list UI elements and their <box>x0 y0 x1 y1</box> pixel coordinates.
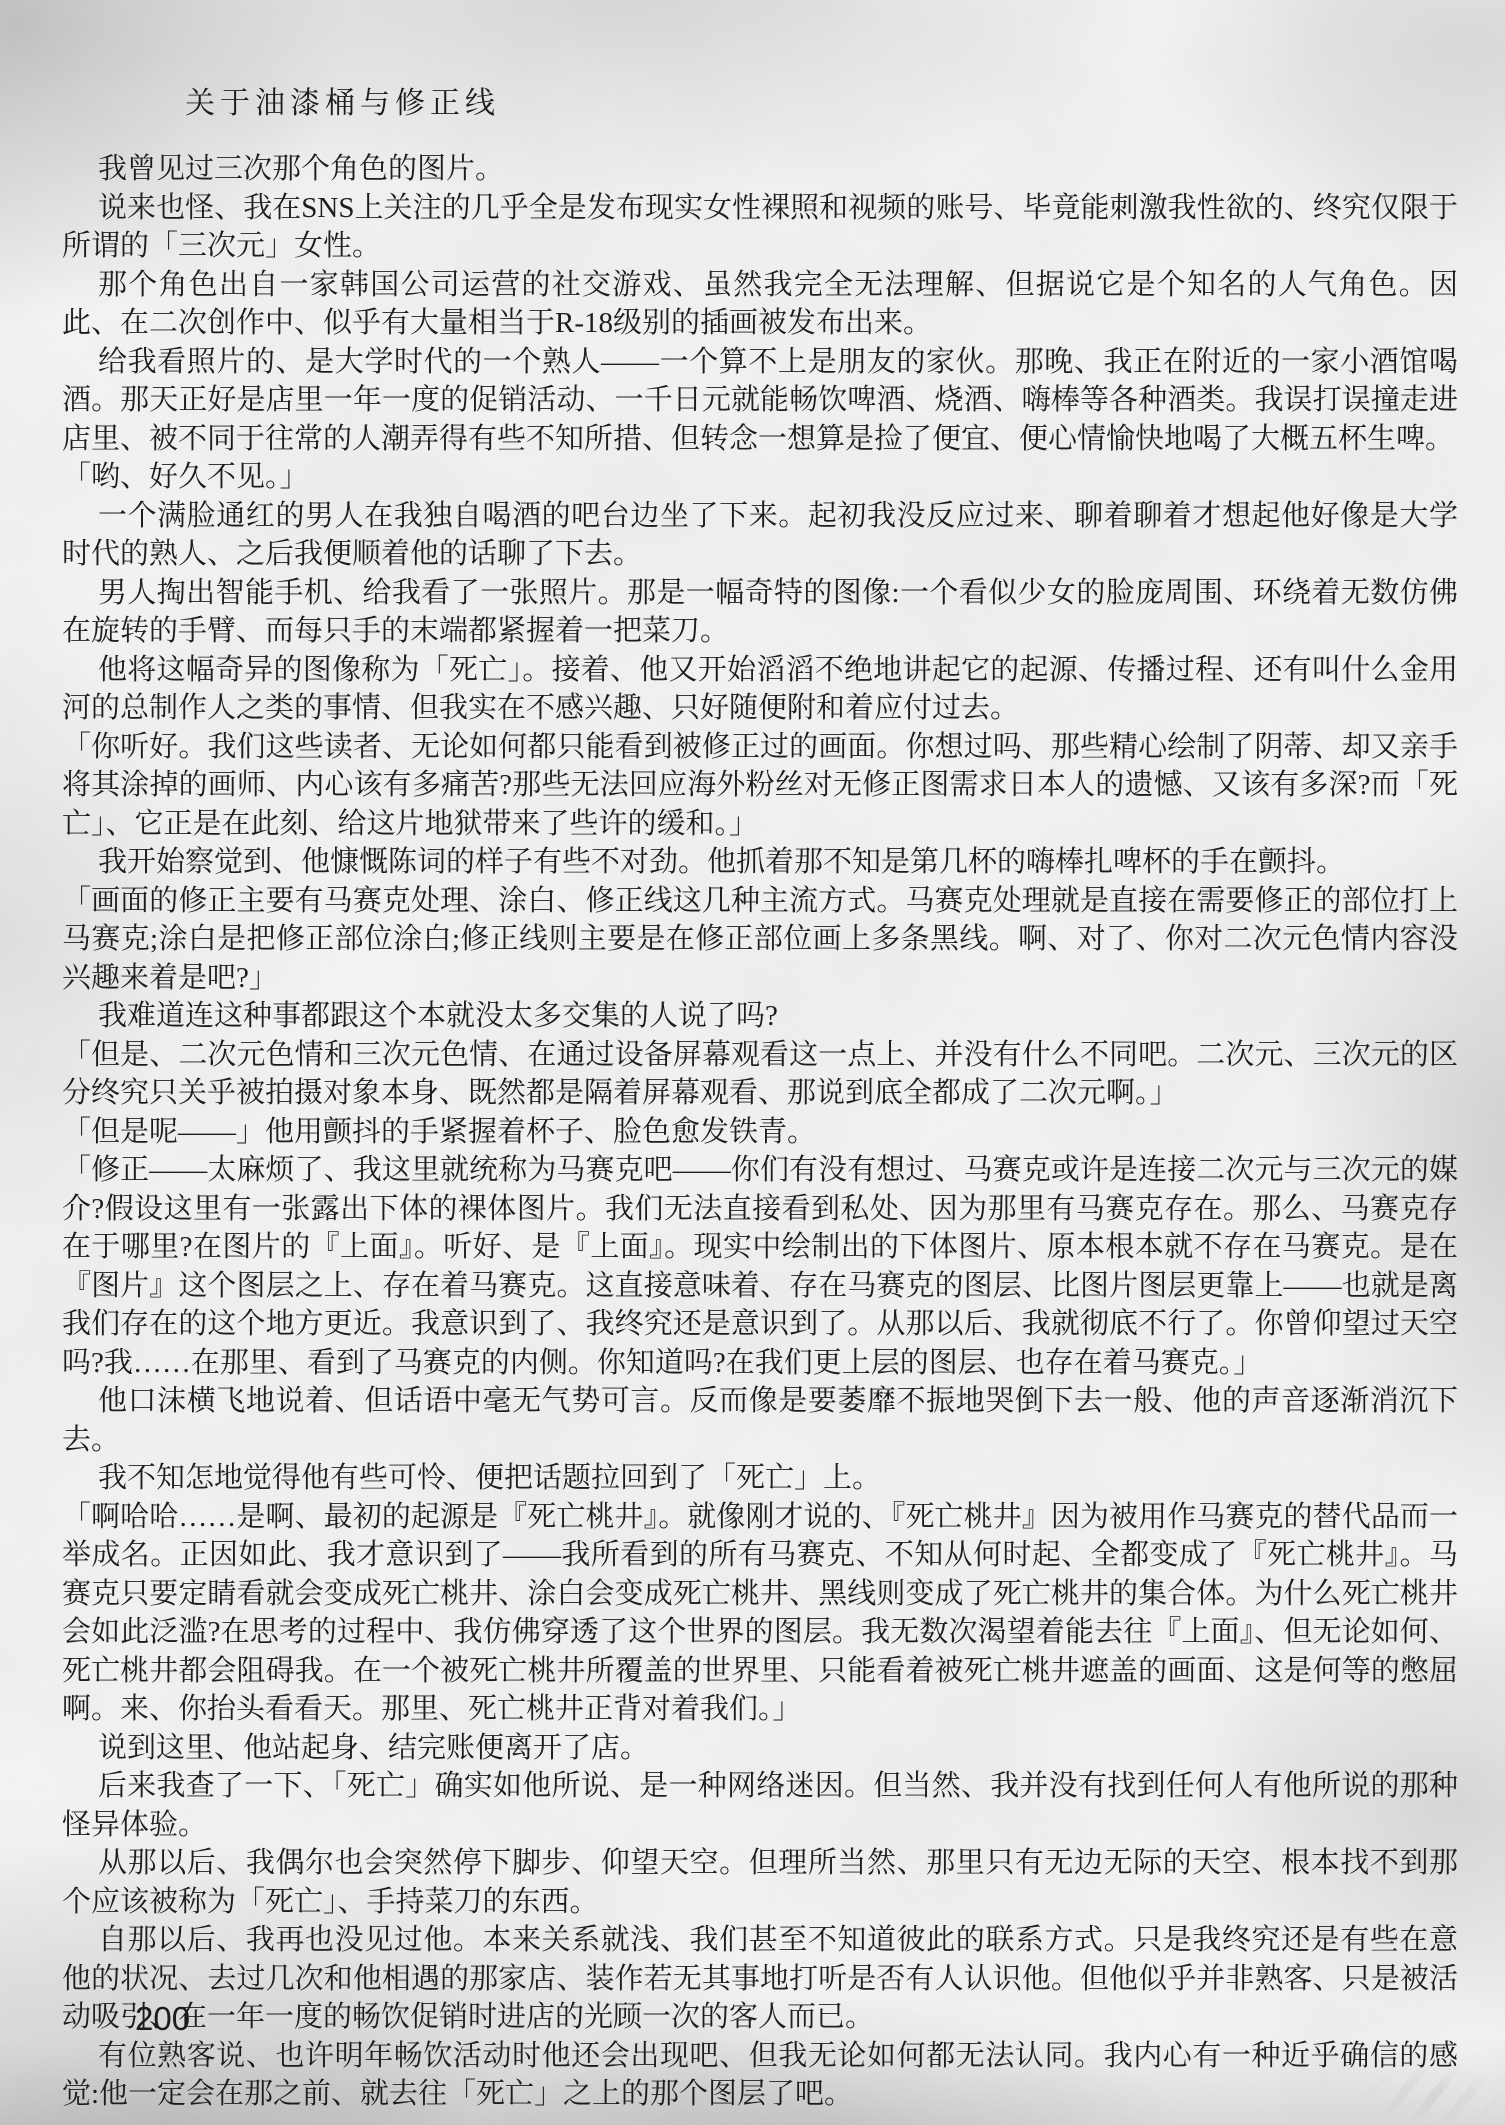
paragraph: 「修正——太麻烦了、我这里就统称为马赛克吧——你们有没有想过、马赛克或许是连接二… <box>62 1151 1458 1382</box>
paragraph: 他将这幅奇异的图像称为「死亡」。接着、他又开始滔滔不绝地讲起它的起源、传播过程、… <box>62 651 1458 728</box>
paragraph: 男人掏出智能手机、给我看了一张照片。那是一幅奇特的图像:一个看似少女的脸庞周围、… <box>62 574 1458 651</box>
paragraph: 「啊哈哈……是啊、最初的起源是『死亡桃井』。就像刚才说的、『死亡桃井』因为被用作… <box>62 1498 1458 1729</box>
paragraph: 「哟、好久不见。」 <box>62 458 1458 497</box>
paragraph: 说来也怪、我在SNS上关注的几乎全是发布现实女性裸照和视频的账号、毕竟能刺激我性… <box>62 189 1458 266</box>
paragraph: 我曾见过三次那个角色的图片。 <box>62 150 1458 189</box>
page-number: 200 <box>135 2000 190 2038</box>
paragraph: 一个满脸通红的男人在我独自喝酒的吧台边坐了下来。起初我没反应过来、聊着聊着才想起… <box>62 497 1458 574</box>
paragraph: 「但是呢——」他用颤抖的手紧握着杯子、脸色愈发铁青。 <box>62 1113 1458 1152</box>
paragraph: 从那以后、我偶尔也会突然停下脚步、仰望天空。但理所当然、那里只有无边无际的天空、… <box>62 1844 1458 1921</box>
paragraph: 我难道连这种事都跟这个本就没太多交集的人说了吗? <box>62 997 1458 1036</box>
paragraph: 「画面的修正主要有马赛克处理、涂白、修正线这几种主流方式。马赛克处理就是直接在需… <box>62 882 1458 998</box>
paragraph: 有位熟客说、也许明年畅饮活动时他还会出现吧、但我无论如何都无法认同。我内心有一种… <box>62 2037 1458 2114</box>
paragraph: 「你听好。我们这些读者、无论如何都只能看到被修正过的画面。你想过吗、那些精心绘制… <box>62 728 1458 844</box>
paragraph: 「但是、二次元色情和三次元色情、在通过设备屏幕观看这一点上、并没有什么不同吧。二… <box>62 1036 1458 1113</box>
paragraph: 后来我查了一下、「死亡」确实如他所说、是一种网络迷因。但当然、我并没有找到任何人… <box>62 1767 1458 1844</box>
paragraph: 说到这里、他站起身、结完账便离开了店。 <box>62 1729 1458 1768</box>
book-page: 关于油漆桶与修正线 我曾见过三次那个角色的图片。说来也怪、我在SNS上关注的几乎… <box>0 0 1505 2125</box>
paragraph-container: 我曾见过三次那个角色的图片。说来也怪、我在SNS上关注的几乎全是发布现实女性裸照… <box>62 150 1458 2114</box>
paragraph: 他口沫横飞地说着、但话语中毫无气势可言。反而像是要萎靡不振地哭倒下去一般、他的声… <box>62 1382 1458 1459</box>
paragraph: 那个角色出自一家韩国公司运营的社交游戏、虽然我完全无法理解、但据说它是个知名的人… <box>62 266 1458 343</box>
paragraph: 给我看照片的、是大学时代的一个熟人——一个算不上是朋友的家伙。那晚、我正在附近的… <box>62 343 1458 459</box>
chapter-title: 关于油漆桶与修正线 <box>185 78 1458 122</box>
page-content: 关于油漆桶与修正线 我曾见过三次那个角色的图片。说来也怪、我在SNS上关注的几乎… <box>62 78 1458 2114</box>
paragraph: 我不知怎地觉得他有些可怜、便把话题拉回到了「死亡」上。 <box>62 1459 1458 1498</box>
paragraph: 自那以后、我再也没见过他。本来关系就浅、我们甚至不知道彼此的联系方式。只是我终究… <box>62 1921 1458 2037</box>
paragraph: 我开始察觉到、他慷慨陈词的样子有些不对劲。他抓着那不知是第几杯的嗨棒扎啤杯的手在… <box>62 843 1458 882</box>
